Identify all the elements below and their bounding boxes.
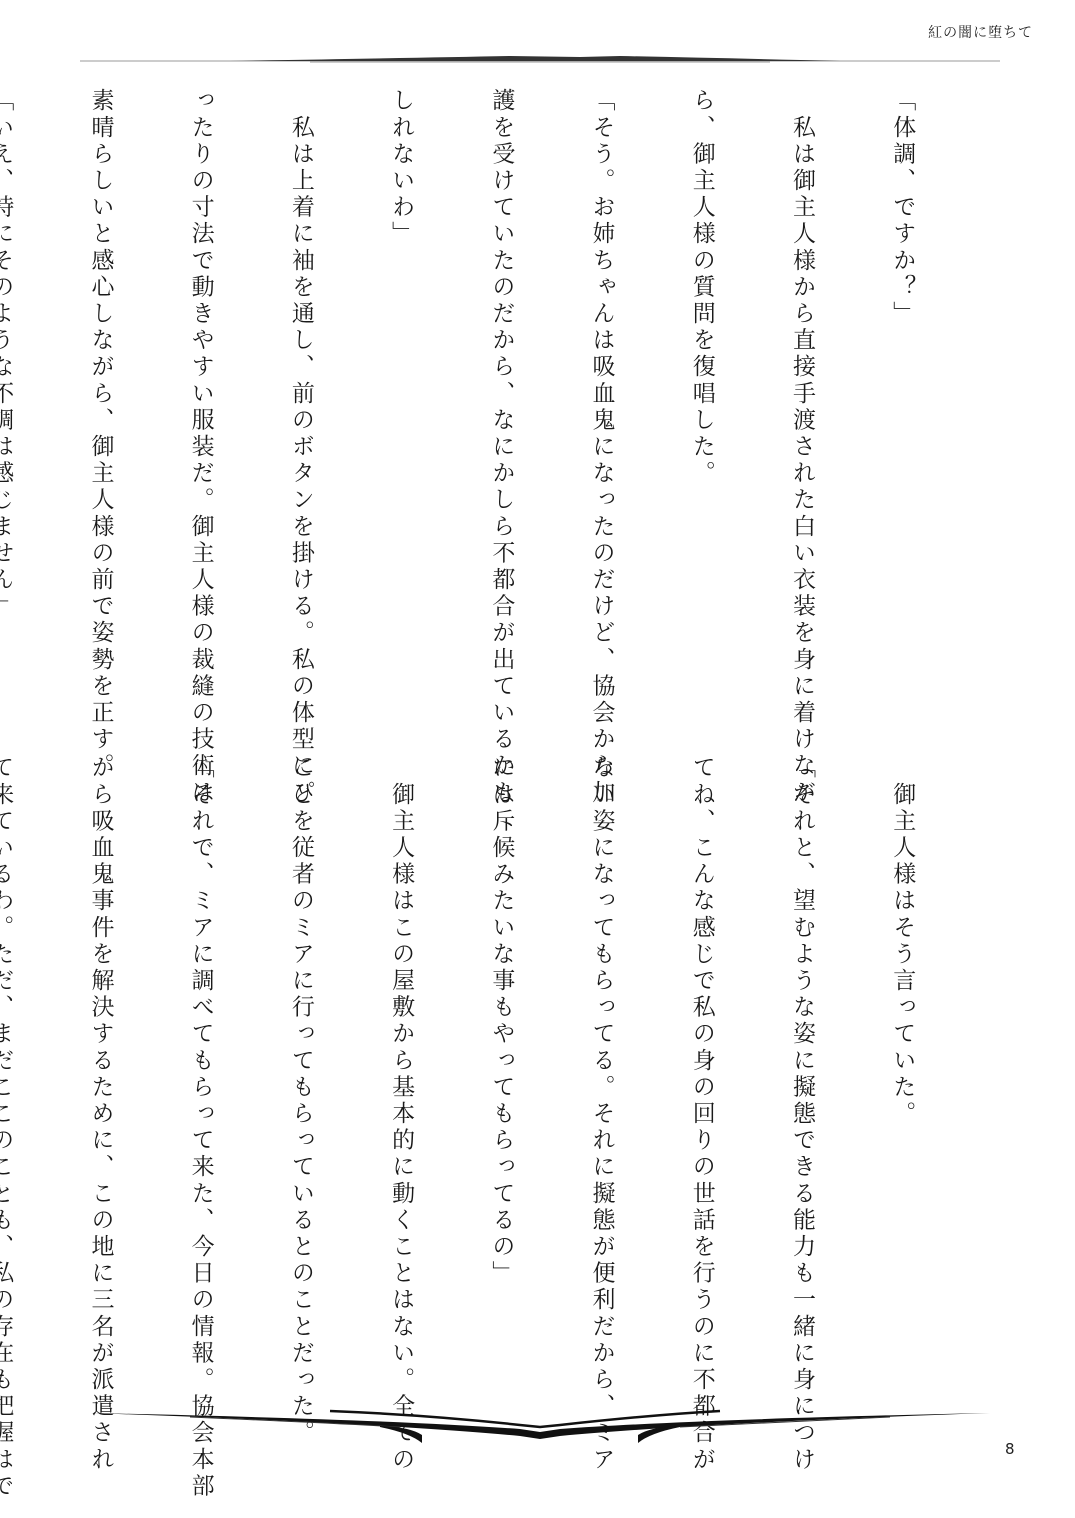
page-number: 8	[1005, 1440, 1015, 1458]
text-line: ら、御主人様の質問を復唱した。	[684, 88, 717, 668]
text-line: 「それで、ミアに調べてもらって来た、今日の情報。協会本部	[183, 755, 216, 1335]
text-line: 御主人様はこの屋敷から基本的に動くことはない。全ての	[384, 755, 417, 1335]
text-line: 護を受けていたのだから、なにかしら不都合が出ているかも	[484, 88, 517, 668]
text-line: 「いえ、特にそのような不調は感じません」	[0, 88, 16, 668]
text-line: て来ているわ。ただ、まだここのことも、私の存在も把握はで	[0, 755, 16, 1335]
text-line: 私は上着に袖を通し、前のボタンを掛ける。私の体型にぴ	[283, 88, 316, 668]
text-line: ない姿になってもらってる。それに擬態が便利だから、ミア	[584, 755, 617, 1335]
text-line: しれないわ」	[384, 88, 417, 668]
footer-ornament-rule	[80, 1405, 1000, 1465]
upper-text-block: 「体調、ですか？」 私は御主人様から直接手渡された白い衣装を身に着けなが ら、御…	[0, 88, 985, 668]
header-ornament-rule	[80, 52, 1000, 68]
text-line: ったりの寸法で動きやすい服装だ。御主人様の裁縫の技術は	[183, 88, 216, 668]
text-line: には斥候みたいな事もやってもらってるの」	[484, 755, 517, 1335]
text-line: ことを従者のミアに行ってもらっているとのことだった。	[283, 755, 316, 1335]
text-line: 「そう。お姉ちゃんは吸血鬼になったのだけど、協会から加	[584, 88, 617, 668]
lower-text-block: 御主人様はそう言っていた。 「それと、望むような姿に擬態できる能力も一緒に身につ…	[0, 755, 985, 1335]
text-line: 素晴らしいと感心しながら、御主人様の前で姿勢を正す。	[83, 88, 116, 668]
text-line: 御主人様はそう言っていた。	[885, 755, 918, 1335]
text-line: てね、こんな感じで私の身の回りの世話を行うのに不都合が	[684, 755, 717, 1335]
text-line: 私は御主人様から直接手渡された白い衣装を身に着けなが	[785, 88, 818, 668]
running-title: 紅の闇に堕ちて	[928, 22, 1033, 42]
text-line: から吸血鬼事件を解決するために、この地に三名が派遣され	[83, 755, 116, 1335]
text-line: 「それと、望むような姿に擬態できる能力も一緒に身につけ	[785, 755, 818, 1335]
text-line: 「体調、ですか？」	[885, 88, 918, 668]
